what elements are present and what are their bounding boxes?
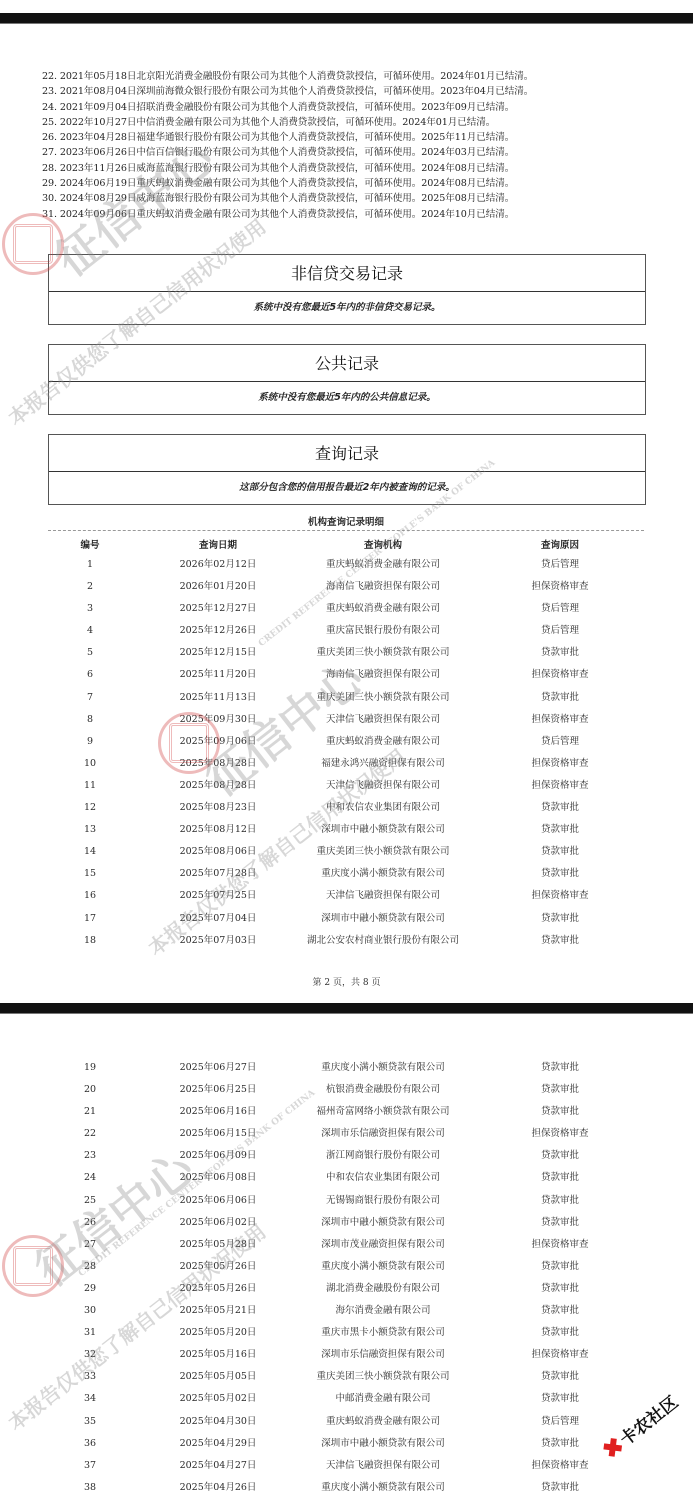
dashed-divider [48, 530, 644, 531]
cell-date: 2025年06月15日 [168, 1127, 268, 1141]
cell-date: 2025年04月29日 [168, 1437, 268, 1451]
cell-number: 32 [48, 1348, 132, 1362]
cell-date: 2025年04月30日 [168, 1415, 268, 1429]
table-row: 102025年08月28日福建永鸿兴融资担保有限公司担保资格审查 [48, 757, 644, 779]
table-row: 342025年05月02日中邮消费金融有限公司贷款审批 [48, 1392, 644, 1414]
cell-institution: 海尔消费金融有限公司 [303, 1304, 463, 1318]
table-row: 62025年11月20日海南信飞融资担保有限公司担保资格审查 [48, 668, 644, 690]
cell-date: 2025年07月25日 [168, 889, 268, 903]
cell-number: 17 [48, 912, 132, 926]
cell-institution: 重庆美团三快小额贷款有限公司 [303, 691, 463, 705]
cell-institution: 中和农信农业集团有限公司 [303, 1171, 463, 1185]
table-row: 252025年06月06日无锡锡商银行股份有限公司贷款审批 [48, 1194, 644, 1216]
cell-institution: 天津信飞融资担保有限公司 [303, 1459, 463, 1473]
cell-institution: 杭银消费金融股份有限公司 [303, 1083, 463, 1097]
cell-reason: 贷款审批 [510, 1260, 610, 1274]
cell-date: 2025年05月26日 [168, 1282, 268, 1296]
cell-institution: 重庆美团三快小额贷款有限公司 [303, 646, 463, 660]
cell-institution: 天津信飞融资担保有限公司 [303, 713, 463, 727]
cell-reason: 贷款审批 [510, 1171, 610, 1185]
cell-number: 15 [48, 867, 132, 881]
cell-number: 29 [48, 1282, 132, 1296]
section-title: 查询记录 [49, 435, 645, 472]
cell-date: 2025年06月08日 [168, 1171, 268, 1185]
table-row: 292025年05月26日湖北消费金融股份有限公司贷款审批 [48, 1282, 644, 1304]
cell-number: 4 [48, 624, 132, 638]
cell-institution: 重庆度小满小额贷款有限公司 [303, 867, 463, 881]
cell-institution: 重庆度小满小额贷款有限公司 [303, 1260, 463, 1274]
cell-institution: 重庆富民银行股份有限公司 [303, 624, 463, 638]
cell-reason: 贷后管理 [510, 602, 610, 616]
cell-institution: 深圳市中融小额贷款有限公司 [303, 823, 463, 837]
list-item: 30. 2024年08月29日威海蓝海银行股份有限公司为其他个人消费贷款授信，可… [42, 191, 642, 206]
cell-date: 2025年06月02日 [168, 1216, 268, 1230]
cell-number: 34 [48, 1392, 132, 1406]
cell-reason: 贷款审批 [510, 867, 610, 881]
cell-reason: 贷款审批 [510, 912, 610, 926]
cell-number: 22 [48, 1127, 132, 1141]
cell-date: 2025年11月20日 [168, 668, 268, 682]
cell-date: 2025年08月12日 [168, 823, 268, 837]
section-title: 非信贷交易记录 [49, 255, 645, 292]
cell-institution: 深圳市乐信融资担保有限公司 [303, 1348, 463, 1362]
cell-date: 2025年06月09日 [168, 1149, 268, 1163]
cell-number: 27 [48, 1238, 132, 1252]
cell-number: 5 [48, 646, 132, 660]
cell-number: 38 [48, 1481, 132, 1495]
cell-institution: 重庆蚂蚁消费金融有限公司 [303, 558, 463, 572]
cell-reason: 担保资格审查 [510, 1238, 610, 1252]
cell-number: 31 [48, 1326, 132, 1340]
cell-reason: 贷款审批 [510, 646, 610, 660]
cell-number: 21 [48, 1105, 132, 1119]
table-row: 12026年02月12日重庆蚂蚁消费金融有限公司贷后管理 [48, 558, 644, 580]
cell-date: 2026年01月20日 [168, 580, 268, 594]
table-row: 42025年12月26日重庆富民银行股份有限公司贷后管理 [48, 624, 644, 646]
cell-institution: 湖北消费金融股份有限公司 [303, 1282, 463, 1296]
credit-account-list: 22. 2021年05月18日北京阳光消费金融股份有限公司为其他个人消费贷款授信… [42, 69, 642, 222]
cell-reason: 担保资格审查 [510, 580, 610, 594]
table-row: 142025年08月06日重庆美团三快小额贷款有限公司贷款审批 [48, 845, 644, 867]
cell-reason: 贷款审批 [510, 1304, 610, 1318]
list-item: 22. 2021年05月18日北京阳光消费金融股份有限公司为其他个人消费贷款授信… [42, 69, 642, 84]
cell-institution: 重庆度小满小额贷款有限公司 [303, 1061, 463, 1075]
table-row: 352025年04月30日重庆蚂蚁消费金融有限公司贷后管理 [48, 1415, 644, 1437]
cell-reason: 贷款审批 [510, 823, 610, 837]
cell-number: 3 [48, 602, 132, 616]
cell-institution: 福建永鸿兴融资担保有限公司 [303, 757, 463, 771]
cell-date: 2025年04月26日 [168, 1481, 268, 1495]
cell-reason: 贷款审批 [510, 845, 610, 859]
table-row: 192025年06月27日重庆度小满小额贷款有限公司贷款审批 [48, 1061, 644, 1083]
cell-number: 7 [48, 691, 132, 705]
cell-institution: 深圳市茂业融资担保有限公司 [303, 1238, 463, 1252]
cell-date: 2025年11月13日 [168, 691, 268, 705]
cell-date: 2025年05月16日 [168, 1348, 268, 1362]
table-row: 22026年01月20日海南信飞融资担保有限公司担保资格审查 [48, 580, 644, 602]
table-row: 32025年12月27日重庆蚂蚁消费金融有限公司贷后管理 [48, 602, 644, 624]
cell-institution: 重庆蚂蚁消费金融有限公司 [303, 1415, 463, 1429]
cell-number: 25 [48, 1194, 132, 1208]
cell-institution: 浙江网商银行股份有限公司 [303, 1149, 463, 1163]
cell-reason: 担保资格审查 [510, 1127, 610, 1141]
cell-reason: 贷款审批 [510, 1370, 610, 1384]
cell-number: 23 [48, 1149, 132, 1163]
cell-number: 36 [48, 1437, 132, 1451]
table-row: 112025年08月28日天津信飞融资担保有限公司担保资格审查 [48, 779, 644, 801]
cell-institution: 中邮消费金融有限公司 [303, 1392, 463, 1406]
cell-reason: 贷款审批 [510, 1481, 610, 1495]
cell-reason: 贷款审批 [510, 1216, 610, 1230]
cell-number: 13 [48, 823, 132, 837]
cell-date: 2025年06月25日 [168, 1083, 268, 1097]
cell-date: 2025年09月30日 [168, 713, 268, 727]
cell-number: 19 [48, 1061, 132, 1075]
cell-reason: 担保资格审查 [510, 779, 610, 793]
inquiry-table-body-page3: 192025年06月27日重庆度小满小额贷款有限公司贷款审批202025年06月… [48, 1061, 644, 1500]
cell-reason: 贷款审批 [510, 801, 610, 815]
cell-institution: 福州奇富网络小额贷款有限公司 [303, 1105, 463, 1119]
cell-reason: 贷款审批 [510, 1282, 610, 1296]
cell-reason: 担保资格审查 [510, 1459, 610, 1473]
cell-number: 11 [48, 779, 132, 793]
cell-date: 2025年05月20日 [168, 1326, 268, 1340]
section-description: 系统中没有您最近5年内的公共信息记录。 [49, 382, 645, 414]
cell-number: 30 [48, 1304, 132, 1318]
cell-number: 26 [48, 1216, 132, 1230]
header-number: 编号 [48, 537, 132, 551]
cell-number: 37 [48, 1459, 132, 1473]
cell-date: 2025年06月16日 [168, 1105, 268, 1119]
cell-date: 2025年05月26日 [168, 1260, 268, 1274]
cell-institution: 重庆美团三快小额贷款有限公司 [303, 845, 463, 859]
table-row: 162025年07月25日天津信飞融资担保有限公司担保资格审查 [48, 889, 644, 911]
cell-reason: 贷后管理 [510, 735, 610, 749]
cell-institution: 海南信飞融资担保有限公司 [303, 580, 463, 594]
cell-number: 28 [48, 1260, 132, 1274]
cell-institution: 无锡锡商银行股份有限公司 [303, 1194, 463, 1208]
cell-reason: 贷后管理 [510, 624, 610, 638]
header-reason: 查询原因 [510, 537, 610, 551]
table-row: 152025年07月28日重庆度小满小额贷款有限公司贷款审批 [48, 867, 644, 889]
inquiry-table-subtitle: 机构查询记录明细 [48, 514, 644, 528]
cell-number: 8 [48, 713, 132, 727]
cell-number: 33 [48, 1370, 132, 1384]
table-row: 332025年05月05日重庆美团三快小额贷款有限公司贷款审批 [48, 1370, 644, 1392]
table-row: 232025年06月09日浙江网商银行股份有限公司贷款审批 [48, 1149, 644, 1171]
cell-date: 2025年07月03日 [168, 934, 268, 948]
section-description: 这部分包含您的信用报告最近2年内被查询的记录。 [49, 472, 645, 504]
inquiry-table-body-page2: 12026年02月12日重庆蚂蚁消费金融有限公司贷后管理22026年01月20日… [48, 558, 644, 956]
table-row: 222025年06月15日深圳市乐信融资担保有限公司担保资格审查 [48, 1127, 644, 1149]
cell-reason: 担保资格审查 [510, 757, 610, 771]
table-row: 172025年07月04日深圳市中融小额贷款有限公司贷款审批 [48, 912, 644, 934]
cell-date: 2025年08月23日 [168, 801, 268, 815]
cell-reason: 担保资格审查 [510, 1348, 610, 1362]
cell-date: 2025年06月06日 [168, 1194, 268, 1208]
table-row: 212025年06月16日福州奇富网络小额贷款有限公司贷款审批 [48, 1105, 644, 1127]
non-credit-transaction-section: 非信贷交易记录 系统中没有您最近5年内的非信贷交易记录。 [48, 254, 646, 325]
cell-number: 12 [48, 801, 132, 815]
cell-institution: 深圳市中融小额贷款有限公司 [303, 1437, 463, 1451]
page-separator-top [0, 13, 693, 24]
cell-institution: 湖北公安农村商业银行股份有限公司 [303, 934, 463, 948]
cell-date: 2025年05月05日 [168, 1370, 268, 1384]
cell-reason: 担保资格审查 [510, 713, 610, 727]
table-row: 282025年05月26日重庆度小满小额贷款有限公司贷款审批 [48, 1260, 644, 1282]
table-row: 132025年08月12日深圳市中融小额贷款有限公司贷款审批 [48, 823, 644, 845]
list-item: 31. 2024年09月06日重庆蚂蚁消费金融有限公司为其他个人消费贷款授信，可… [42, 207, 642, 222]
cell-reason: 担保资格审查 [510, 668, 610, 682]
cell-institution: 中和农信农业集团有限公司 [303, 801, 463, 815]
header-institution: 查询机构 [303, 537, 463, 551]
cell-reason: 贷款审批 [510, 1326, 610, 1340]
cell-reason: 贷款审批 [510, 1105, 610, 1119]
table-row: 82025年09月30日天津信飞融资担保有限公司担保资格审查 [48, 713, 644, 735]
inquiry-record-section: 查询记录 这部分包含您的信用报告最近2年内被查询的记录。 [48, 434, 646, 505]
header-date: 查询日期 [168, 537, 268, 551]
cell-number: 2 [48, 580, 132, 594]
cell-institution: 重庆美团三快小额贷款有限公司 [303, 1370, 463, 1384]
section-description: 系统中没有您最近5年内的非信贷交易记录。 [49, 292, 645, 324]
cell-institution: 天津信飞融资担保有限公司 [303, 779, 463, 793]
section-title: 公共记录 [49, 345, 645, 382]
table-row: 202025年06月25日杭银消费金融股份有限公司贷款审批 [48, 1083, 644, 1105]
table-row: 362025年04月29日深圳市中融小额贷款有限公司贷款审批 [48, 1437, 644, 1459]
cell-date: 2025年08月28日 [168, 779, 268, 793]
cell-reason: 担保资格审查 [510, 889, 610, 903]
cell-date: 2025年04月27日 [168, 1459, 268, 1473]
public-record-section: 公共记录 系统中没有您最近5年内的公共信息记录。 [48, 344, 646, 415]
cell-institution: 重庆蚂蚁消费金融有限公司 [303, 602, 463, 616]
cell-institution: 海南信飞融资担保有限公司 [303, 668, 463, 682]
cell-date: 2025年12月27日 [168, 602, 268, 616]
cell-reason: 贷款审批 [510, 1149, 610, 1163]
cell-date: 2025年08月06日 [168, 845, 268, 859]
inquiry-table-header: 编号 查询日期 查询机构 查询原因 [48, 537, 644, 553]
table-row: 382025年04月26日重庆度小满小额贷款有限公司贷款审批 [48, 1481, 644, 1500]
cell-date: 2025年05月21日 [168, 1304, 268, 1318]
cell-reason: 贷款审批 [510, 691, 610, 705]
cell-institution: 重庆市黑卡小额贷款有限公司 [303, 1326, 463, 1340]
list-item: 26. 2023年04月28日福建华通银行股份有限公司为其他个人消费贷款授信，可… [42, 130, 642, 145]
cell-date: 2025年06月27日 [168, 1061, 268, 1075]
cell-reason: 贷款审批 [510, 934, 610, 948]
cell-number: 20 [48, 1083, 132, 1097]
cell-number: 14 [48, 845, 132, 859]
cell-reason: 贷后管理 [510, 558, 610, 572]
cell-institution: 重庆蚂蚁消费金融有限公司 [303, 735, 463, 749]
list-item: 25. 2022年10月27日中信消费金融有限公司为其他个人消费贷款授信，可循环… [42, 115, 642, 130]
cell-institution: 深圳市中融小额贷款有限公司 [303, 912, 463, 926]
cell-reason: 贷款审批 [510, 1392, 610, 1406]
cell-institution: 深圳市乐信融资担保有限公司 [303, 1127, 463, 1141]
cell-number: 18 [48, 934, 132, 948]
cell-institution: 天津信飞融资担保有限公司 [303, 889, 463, 903]
cell-institution: 深圳市中融小额贷款有限公司 [303, 1216, 463, 1230]
cell-reason: 贷款审批 [510, 1437, 610, 1451]
table-row: 182025年07月03日湖北公安农村商业银行股份有限公司贷款审批 [48, 934, 644, 956]
cell-date: 2026年02月12日 [168, 558, 268, 572]
table-row: 262025年06月02日深圳市中融小额贷款有限公司贷款审批 [48, 1216, 644, 1238]
cell-number: 10 [48, 757, 132, 771]
cell-reason: 贷后管理 [510, 1415, 610, 1429]
cell-number: 24 [48, 1171, 132, 1185]
table-row: 312025年05月20日重庆市黑卡小额贷款有限公司贷款审批 [48, 1326, 644, 1348]
list-item: 28. 2023年11月26日威海蓝海银行股份有限公司为其他个人消费贷款授信，可… [42, 161, 642, 176]
table-row: 242025年06月08日中和农信农业集团有限公司贷款审批 [48, 1171, 644, 1193]
cell-date: 2025年07月04日 [168, 912, 268, 926]
table-row: 52025年12月15日重庆美团三快小额贷款有限公司贷款审批 [48, 646, 644, 668]
table-row: 122025年08月23日中和农信农业集团有限公司贷款审批 [48, 801, 644, 823]
cell-number: 1 [48, 558, 132, 572]
cell-date: 2025年12月15日 [168, 646, 268, 660]
cell-date: 2025年09月06日 [168, 735, 268, 749]
cell-reason: 贷款审批 [510, 1083, 610, 1097]
table-row: 272025年05月28日深圳市茂业融资担保有限公司担保资格审查 [48, 1238, 644, 1260]
list-item: 23. 2021年08月04日深圳前海微众银行股份有限公司为其他个人消费贷款授信… [42, 84, 642, 99]
list-item: 24. 2021年09月04日招联消费金融股份有限公司为其他个人消费贷款授信，可… [42, 100, 642, 115]
list-item: 27. 2023年06月26日中信百信银行股份有限公司为其他个人消费贷款授信，可… [42, 145, 642, 160]
cell-number: 35 [48, 1415, 132, 1429]
list-item: 29. 2024年06月19日重庆蚂蚁消费金融有限公司为其他个人消费贷款授信，可… [42, 176, 642, 191]
cell-reason: 贷款审批 [510, 1061, 610, 1075]
table-row: 302025年05月21日海尔消费金融有限公司贷款审批 [48, 1304, 644, 1326]
cell-date: 2025年12月26日 [168, 624, 268, 638]
cell-reason: 贷款审批 [510, 1194, 610, 1208]
cell-institution: 重庆度小满小额贷款有限公司 [303, 1481, 463, 1495]
cell-number: 9 [48, 735, 132, 749]
cell-date: 2025年07月28日 [168, 867, 268, 881]
table-row: 322025年05月16日深圳市乐信融资担保有限公司担保资格审查 [48, 1348, 644, 1370]
table-row: 92025年09月06日重庆蚂蚁消费金融有限公司贷后管理 [48, 735, 644, 757]
cell-date: 2025年08月28日 [168, 757, 268, 771]
cell-number: 6 [48, 668, 132, 682]
cell-number: 16 [48, 889, 132, 903]
table-row: 72025年11月13日重庆美团三快小额贷款有限公司贷款审批 [48, 691, 644, 713]
page-indicator: 第 2 页，共 8 页 [0, 975, 693, 988]
table-row: 372025年04月27日天津信飞融资担保有限公司担保资格审查 [48, 1459, 644, 1481]
cell-date: 2025年05月28日 [168, 1238, 268, 1252]
page-separator-bottom [0, 1003, 693, 1014]
cell-date: 2025年05月02日 [168, 1392, 268, 1406]
